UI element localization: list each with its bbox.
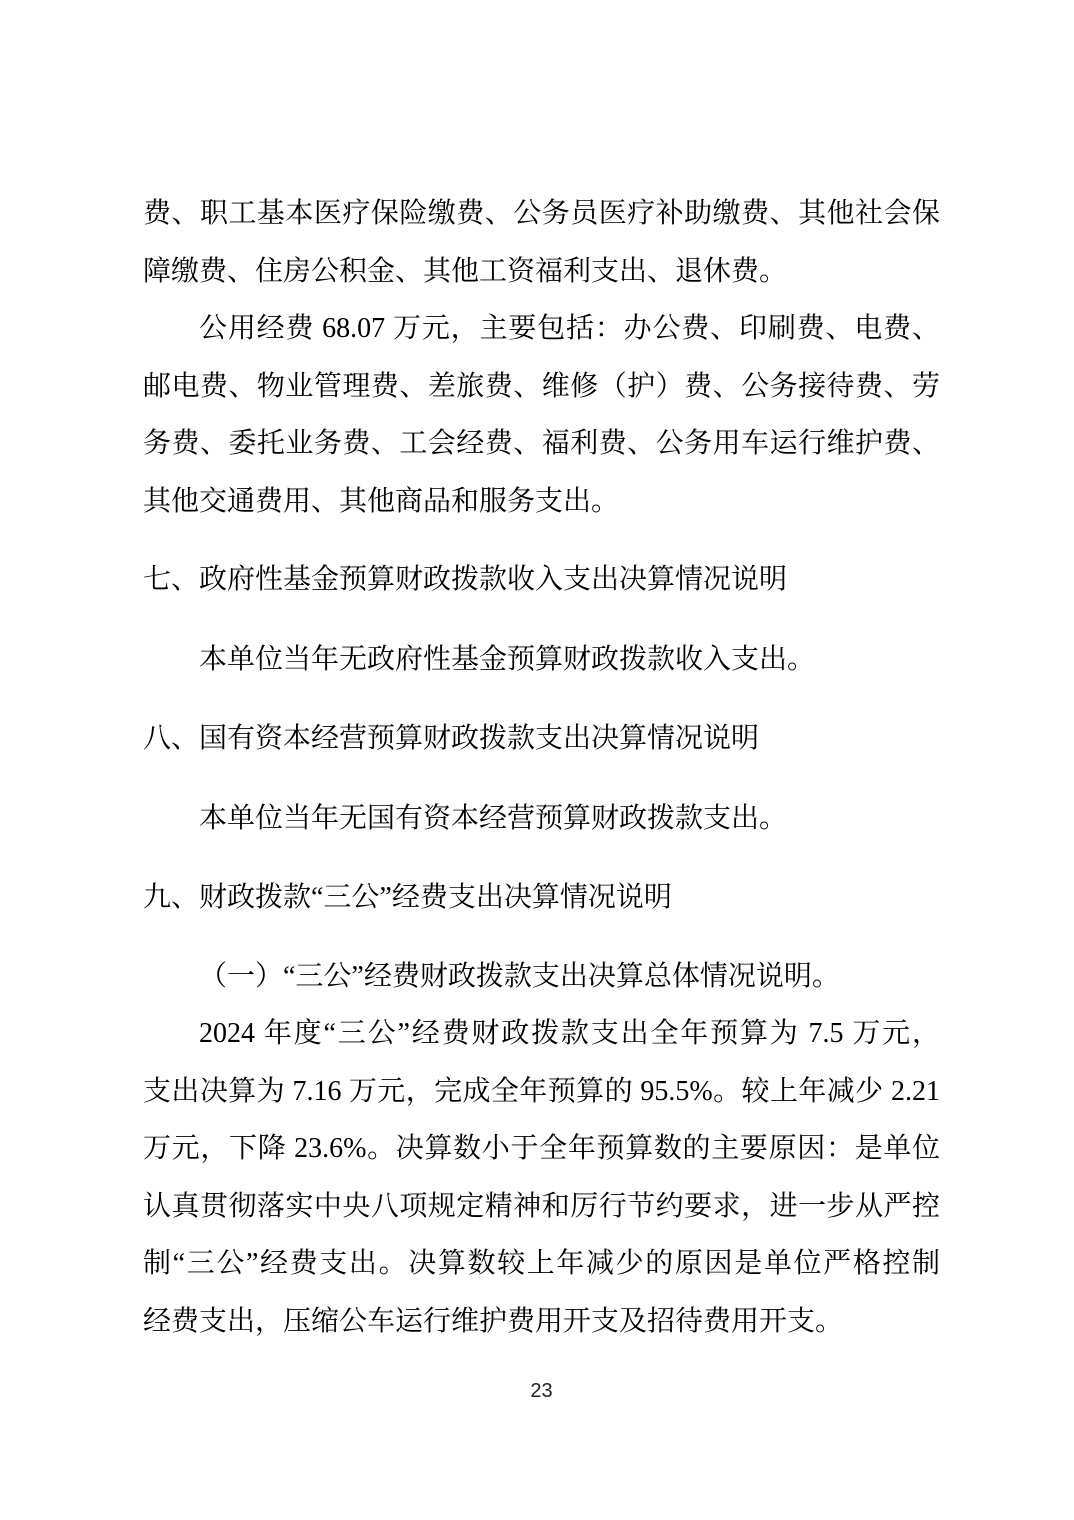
text-line: 认真贯彻落实中央八项规定精神和厉行节约要求，进一步从严控 xyxy=(143,1178,940,1236)
document-text-block: 费、职工基本医疗保险缴费、公务员医疗补助缴费、其他社会保 障缴费、住房公积金、其… xyxy=(0,0,1074,1402)
text-line: 万元，下降 23.6%。决算数小于全年预算数的主要原因：是单位 xyxy=(143,1120,940,1178)
text-line: 支出决算为 7.16 万元，完成全年预算的 95.5%。较上年减少 2.21 xyxy=(143,1063,940,1121)
text-line: 务费、委托业务费、工会经费、福利费、公务用车运行维护费、 xyxy=(143,415,940,473)
text-line: 邮电费、物业管理费、差旅费、维修（护）费、公务接待费、劳 xyxy=(143,358,940,416)
text-line: （一）“三公”经费财政拨款支出决算总体情况说明。 xyxy=(143,948,940,1006)
section-heading-7: 七、政府性基金预算财政拨款收入支出决算情况说明 xyxy=(143,551,940,609)
section-heading-8: 八、国有资本经营预算财政拨款支出决算情况说明 xyxy=(143,710,940,768)
page-number: 23 xyxy=(143,1380,940,1402)
text-line: 2024 年度“三公”经费财政拨款支出全年预算为 7.5 万元， xyxy=(143,1005,940,1063)
section-heading-9: 九、财政拨款“三公”经费支出决算情况说明 xyxy=(143,869,940,927)
text-line: 公用经费 68.07 万元，主要包括：办公费、印刷费、电费、 xyxy=(143,300,940,358)
text-line: 障缴费、住房公积金、其他工资福利支出、退休费。 xyxy=(143,243,940,301)
text-line: 制“三公”经费支出。决算数较上年减少的原因是单位严格控制 xyxy=(143,1235,940,1293)
text-line: 其他交通费用、其他商品和服务支出。 xyxy=(143,473,940,531)
document-page: 费、职工基本医疗保险缴费、公务员医疗补助缴费、其他社会保 障缴费、住房公积金、其… xyxy=(0,0,1074,1520)
text-line: 本单位当年无政府性基金预算财政拨款收入支出。 xyxy=(143,631,940,689)
text-line: 经费支出，压缩公车运行维护费用开支及招待费用开支。 xyxy=(143,1293,940,1351)
text-line: 费、职工基本医疗保险缴费、公务员医疗补助缴费、其他社会保 xyxy=(143,185,940,243)
text-line: 本单位当年无国有资本经营预算财政拨款支出。 xyxy=(143,790,940,848)
